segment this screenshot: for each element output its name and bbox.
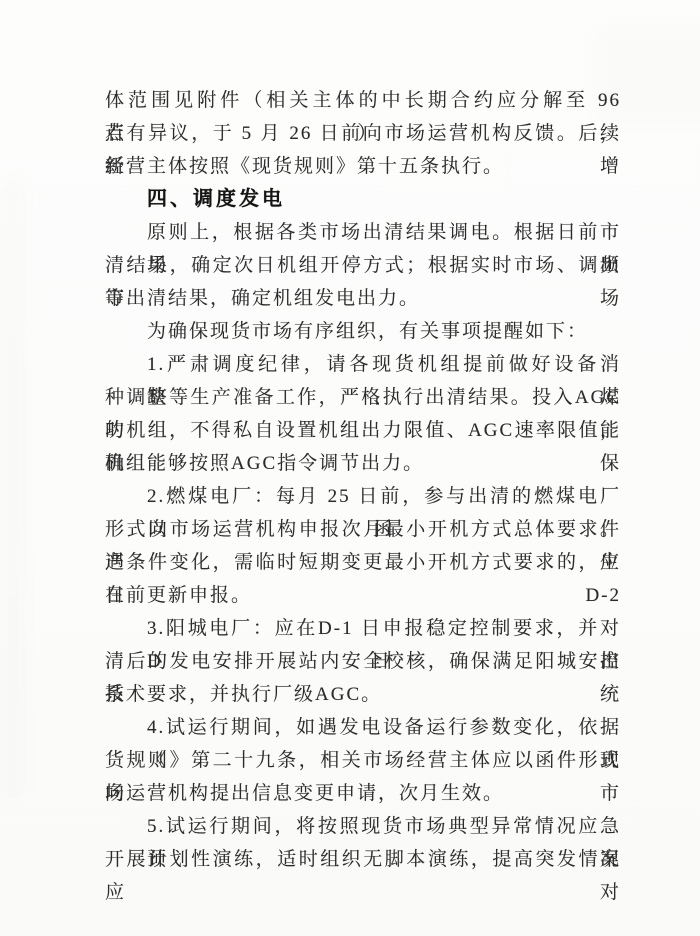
- text-line: 开展计划性演练，适时组织无脚本演练，提高突发情况应对: [105, 843, 621, 876]
- text-line: 2.燃煤电厂：每月 25 日前，参与出清的燃煤电厂以函件: [105, 480, 621, 513]
- text-line: 形式向市场运营机构申报次月最小开机方式总体要求。遇生: [105, 513, 621, 546]
- scan-shading-artifact: [0, 180, 26, 800]
- text-line: 货规则》第二十九条，相关市场经营主体应以函件形式向市: [105, 744, 621, 777]
- text-line: 清结果，确定次日机组开停方式；根据实时市场、调频市场: [105, 249, 621, 282]
- document-body: 体范围见附件（相关主体的中长期合约应分解至 96 点），若有异议，于 5 月 2…: [105, 84, 621, 876]
- text-line: 原则上，根据各类市场出清结果调电。根据日前市场出: [105, 216, 621, 249]
- text-line: 若有异议，于 5 月 26 日前向市场运营机构反馈。后续新增: [105, 117, 621, 150]
- section-heading: 四、调度发电: [105, 183, 621, 216]
- scanned-document-page: 体范围见附件（相关主体的中长期合约应分解至 96 点），若有异议，于 5 月 2…: [0, 0, 700, 936]
- text-line: 5.试运行期间，将按照现货市场典型异常情况应急预案: [105, 810, 621, 843]
- text-line: 产条件变化，需临时短期变更最小开机方式要求的，应在D-2: [105, 546, 621, 579]
- text-line: 1.严肃调度纪律，请各现货机组提前做好设备消缺、煤: [105, 348, 621, 381]
- text-line: 的机组，不得私自设置机组出力限值、AGC速率限值，确保: [105, 414, 621, 447]
- text-line: 种调整等生产准备工作，严格执行出清结果。投入AGC功能: [105, 381, 621, 414]
- text-line: 为确保现货市场有序组织，有关事项提醒如下：: [105, 315, 621, 348]
- text-line: 清后的发电安排开展站内安全校核，确保满足阳城安控系统: [105, 645, 621, 678]
- text-line: 体范围见附件（相关主体的中长期合约应分解至 96 点），: [105, 84, 621, 117]
- text-line: 4.试运行期间，如遇发电设备运行参数变化，依据《现: [105, 711, 621, 744]
- text-line: 3.阳城电厂：应在D-1 日申报稳定控制要求，并对D日出: [105, 612, 621, 645]
